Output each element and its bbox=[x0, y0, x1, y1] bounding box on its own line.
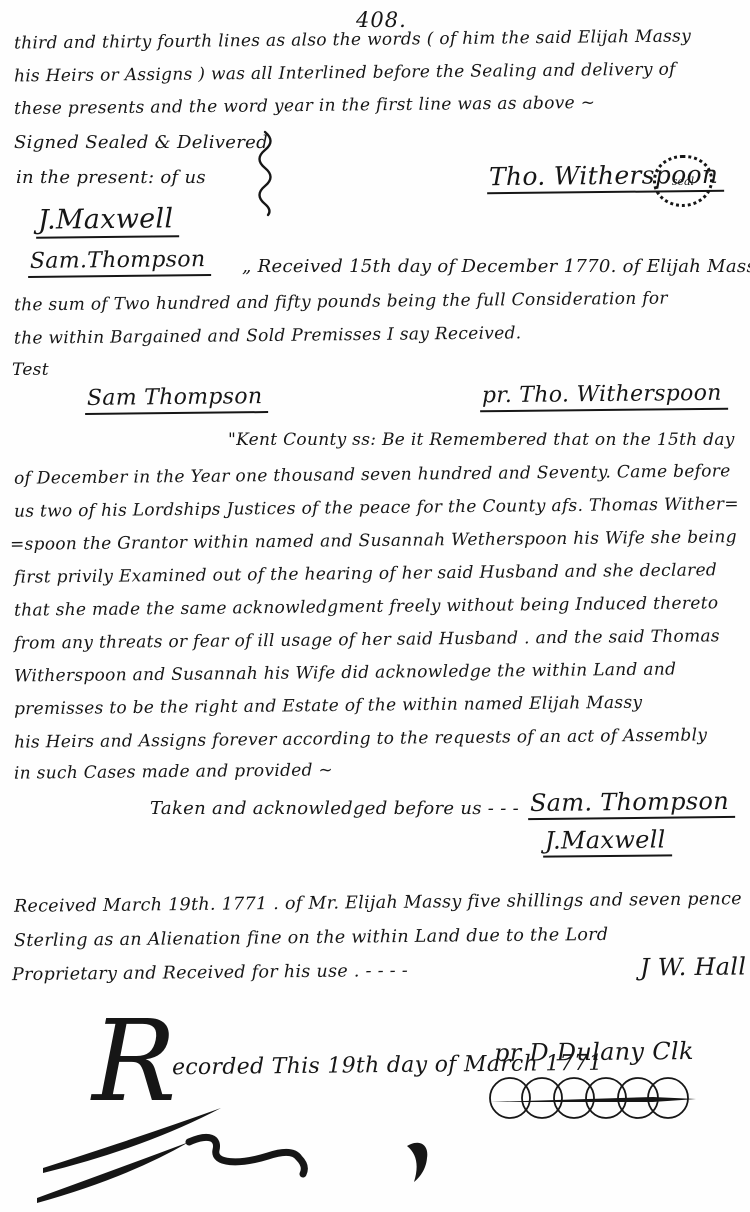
attest-label: Test bbox=[12, 362, 49, 379]
brace-mark bbox=[253, 130, 277, 216]
taken-line: Taken and acknowledged before us - - - bbox=[150, 800, 519, 818]
signature-loop-flourish bbox=[488, 1072, 700, 1124]
manuscript-line: Witherspoon and Susannah his Wife did ac… bbox=[14, 662, 676, 686]
seal-label: seal bbox=[672, 175, 694, 188]
manuscript-line: his Heirs and Assigns forever according … bbox=[14, 727, 707, 751]
witness-signature: Sam Thompson bbox=[85, 386, 269, 415]
manuscript-line: Proprietary and Received for his use . -… bbox=[12, 963, 408, 985]
manuscript-line: „ Received 15th day of December 1770. of… bbox=[242, 258, 750, 276]
manuscript-line: =spoon the Grantor within named and Susa… bbox=[10, 529, 737, 554]
manuscript-line: third and thirty fourth lines as also th… bbox=[14, 28, 691, 52]
grantor-signature: pr. Tho. Witherspoon bbox=[480, 383, 728, 413]
manuscript-line: of December in the Year one thousand sev… bbox=[14, 463, 731, 488]
manuscript-line: "Kent County ss: Be it Remembered that o… bbox=[228, 432, 735, 449]
manuscript-line: Sterling as an Alienation fine on the wi… bbox=[14, 927, 608, 951]
manuscript-line: the sum of Two hundred and fifty pounds … bbox=[14, 291, 668, 315]
justice-signature: J.Maxwell bbox=[543, 827, 672, 857]
manuscript-line: his Heirs or Assigns ) was all Interline… bbox=[14, 62, 676, 86]
page-number: 408. bbox=[356, 10, 407, 31]
clerk-signature: pr D Dulany Clk bbox=[494, 1039, 694, 1065]
attestation-line: in the present: of us bbox=[16, 169, 206, 187]
witness-signature: J.Maxwell bbox=[36, 205, 180, 238]
manuscript-line: first privily Examined out of the hearin… bbox=[14, 562, 717, 586]
manuscript-line: the within Bargained and Sold Premisses … bbox=[14, 325, 522, 347]
manuscript-line: in such Cases made and provided ~ bbox=[14, 762, 333, 782]
manuscript-line: these presents and the word year in the … bbox=[14, 95, 595, 118]
manuscript-page: 408. third and thirty fourth lines as al… bbox=[0, 0, 750, 1212]
manuscript-line: that she made the same acknowledgment fr… bbox=[14, 595, 718, 619]
receiver-signature: J W. Hall bbox=[640, 954, 747, 979]
manuscript-line: from any threats or fear of ill usage of… bbox=[14, 628, 720, 652]
seal-icon: seal bbox=[653, 155, 713, 207]
ink-flourish bbox=[25, 1102, 465, 1206]
recorded-initial: R bbox=[92, 1012, 177, 1113]
manuscript-line: Received March 19th. 1771 . of Mr. Elija… bbox=[14, 891, 742, 916]
manuscript-line: premisses to be the right and Estate of … bbox=[14, 695, 642, 719]
witness-signature: Sam.Thompson bbox=[28, 249, 212, 278]
justice-signature: Sam. Thompson bbox=[528, 789, 735, 820]
manuscript-line: us two of his Lordships Justices of the … bbox=[14, 496, 739, 521]
attestation-line: Signed Sealed & Delivered bbox=[14, 134, 268, 152]
